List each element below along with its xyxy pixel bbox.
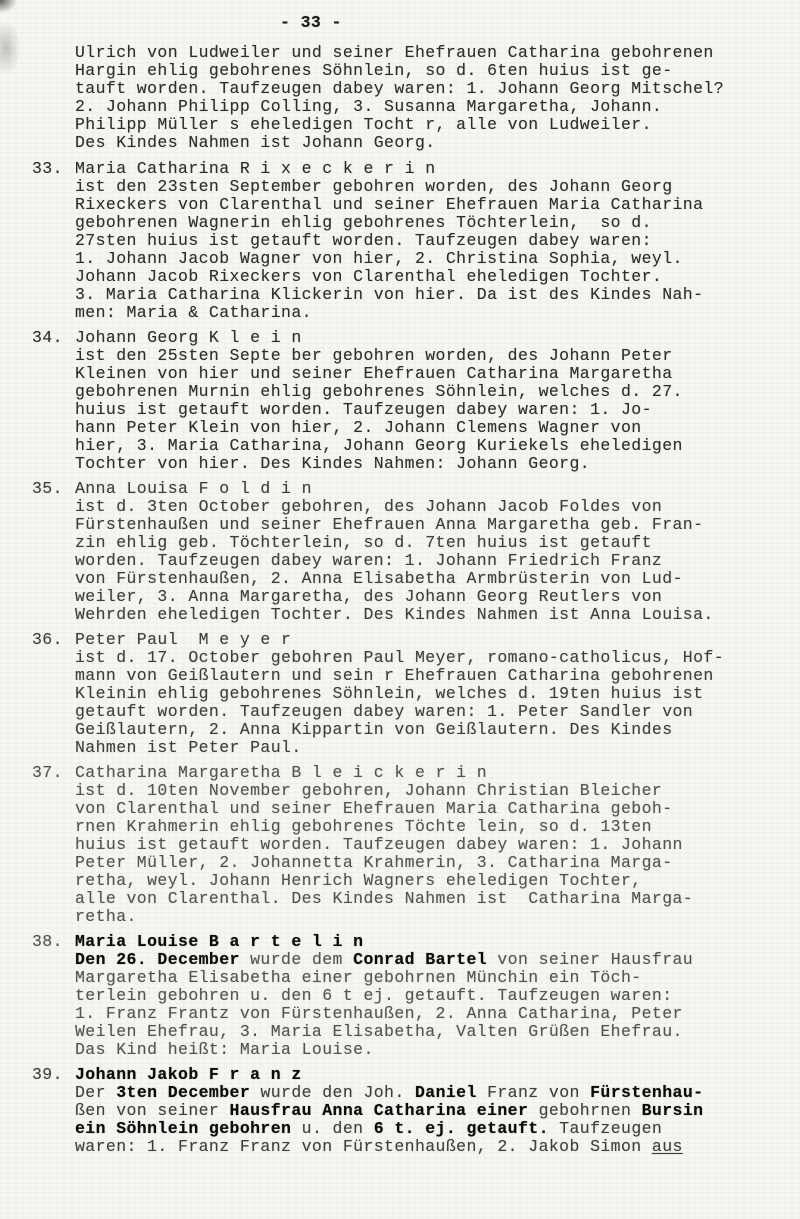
entry-number: 33.: [32, 160, 63, 178]
page-number: - 33 -: [280, 14, 342, 32]
scanned-register-page: - 33 - Ulrich von Ludweiler und seiner E…: [0, 0, 800, 1219]
entry-number: 35.: [32, 480, 63, 498]
entry-34: 34. Johann Georg K l e i n ist den 25ste…: [32, 329, 776, 473]
entry-33: 33. Maria Catharina R i x e c k e r i n …: [32, 160, 776, 322]
entry-heading: Johann Georg K l e i n: [75, 329, 776, 347]
entry-body: Den 26. December wurde dem Conrad Bartel…: [75, 951, 776, 1059]
entry-37: 37. Catharina Margaretha B l e i c k e r…: [32, 764, 776, 926]
entry-heading: Anna Louisa F o l d i n: [75, 480, 776, 498]
entry-number: 36.: [32, 631, 63, 649]
entry-heading: Peter Paul M e y e r: [75, 631, 776, 649]
entry-heading: Johann Jakob F r a n z: [75, 1066, 776, 1084]
entry-heading: Catharina Margaretha B l e i c k e r i n: [75, 764, 776, 782]
entry-35: 35. Anna Louisa F o l d i n ist d. 3ten …: [32, 480, 776, 624]
entry-39: 39. Johann Jakob F r a n z Der 3ten Dece…: [32, 1066, 776, 1156]
entry-body: ist den 25sten Septe ber gebohren worden…: [75, 347, 776, 473]
page-content: - 33 - Ulrich von Ludweiler und seiner E…: [0, 0, 800, 1156]
entry-heading: Maria Louise B a r t e l i n: [75, 933, 776, 951]
entry-body: ist d. 3ten October gebohren, des Johann…: [75, 498, 776, 624]
entry-number: 38.: [32, 933, 63, 951]
intro-paragraph: Ulrich von Ludweiler und seiner Ehefraue…: [75, 44, 776, 152]
entry-body: ist d. 10ten November gebohren, Johann C…: [75, 782, 776, 926]
entry-body: Der 3ten December wurde den Joh. Daniel …: [75, 1084, 776, 1156]
entry-body: ist den 23sten September gebohren worden…: [75, 178, 776, 322]
entry-38: 38. Maria Louise B a r t e l i n Den 26.…: [32, 933, 776, 1059]
entry-number: 34.: [32, 329, 63, 347]
entry-36: 36. Peter Paul M e y e r ist d. 17. Octo…: [32, 631, 776, 757]
entry-number: 37.: [32, 764, 63, 782]
entry-number: 39.: [32, 1066, 63, 1084]
entry-heading: Maria Catharina R i x e c k e r i n: [75, 160, 776, 178]
entry-body: ist d. 17. October gebohren Paul Meyer, …: [75, 649, 776, 757]
